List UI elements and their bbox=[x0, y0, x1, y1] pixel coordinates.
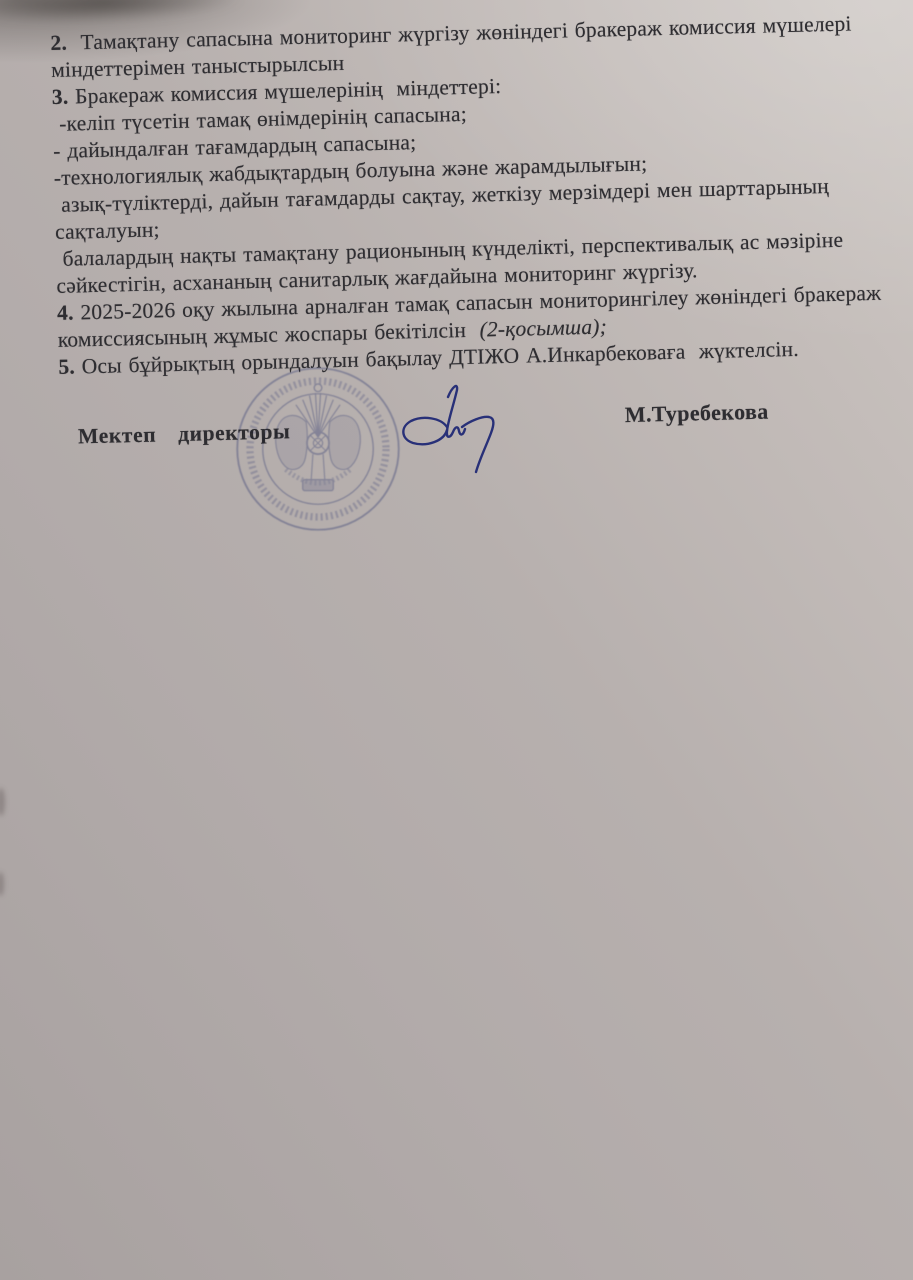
document-content: 2. Тамақтану сапасына мониторинг жүргізу… bbox=[50, 1, 913, 1261]
emblem-wing-right-icon bbox=[329, 415, 361, 469]
text-run: сақталуын; bbox=[55, 217, 160, 244]
round-stamp-kazakhstan-emblem bbox=[229, 364, 407, 534]
paper-edge-mark bbox=[0, 872, 4, 896]
stamp-outer-ring bbox=[237, 368, 399, 530]
signoff-name: М.Туребекова bbox=[624, 399, 768, 429]
signature-upstroke bbox=[447, 386, 465, 437]
document-lines: 2. Тамақтану сапасына мониторинг жүргізу… bbox=[50, 1, 904, 381]
text-run: 4. bbox=[57, 301, 74, 325]
text-run: 3. bbox=[52, 85, 69, 109]
signature-tail-stroke bbox=[462, 417, 493, 472]
text-run: (2-қосымша); bbox=[479, 314, 607, 341]
director-signature bbox=[392, 381, 504, 481]
emblem-banner-icon bbox=[303, 480, 334, 491]
text-run: 5. bbox=[58, 354, 75, 378]
text-run: 2. bbox=[50, 31, 67, 55]
emblem-sun-icon bbox=[314, 384, 322, 392]
emblem-wing-left-icon bbox=[276, 415, 308, 469]
scanned-document-page: 2. Тамақтану сапасына мониторинг жүргізу… bbox=[0, 0, 913, 1280]
paper-edge-mark bbox=[0, 788, 5, 816]
emblem-column-icon bbox=[311, 454, 325, 480]
stamp-ring-text bbox=[250, 381, 386, 517]
signature-loop-stroke bbox=[403, 418, 447, 444]
